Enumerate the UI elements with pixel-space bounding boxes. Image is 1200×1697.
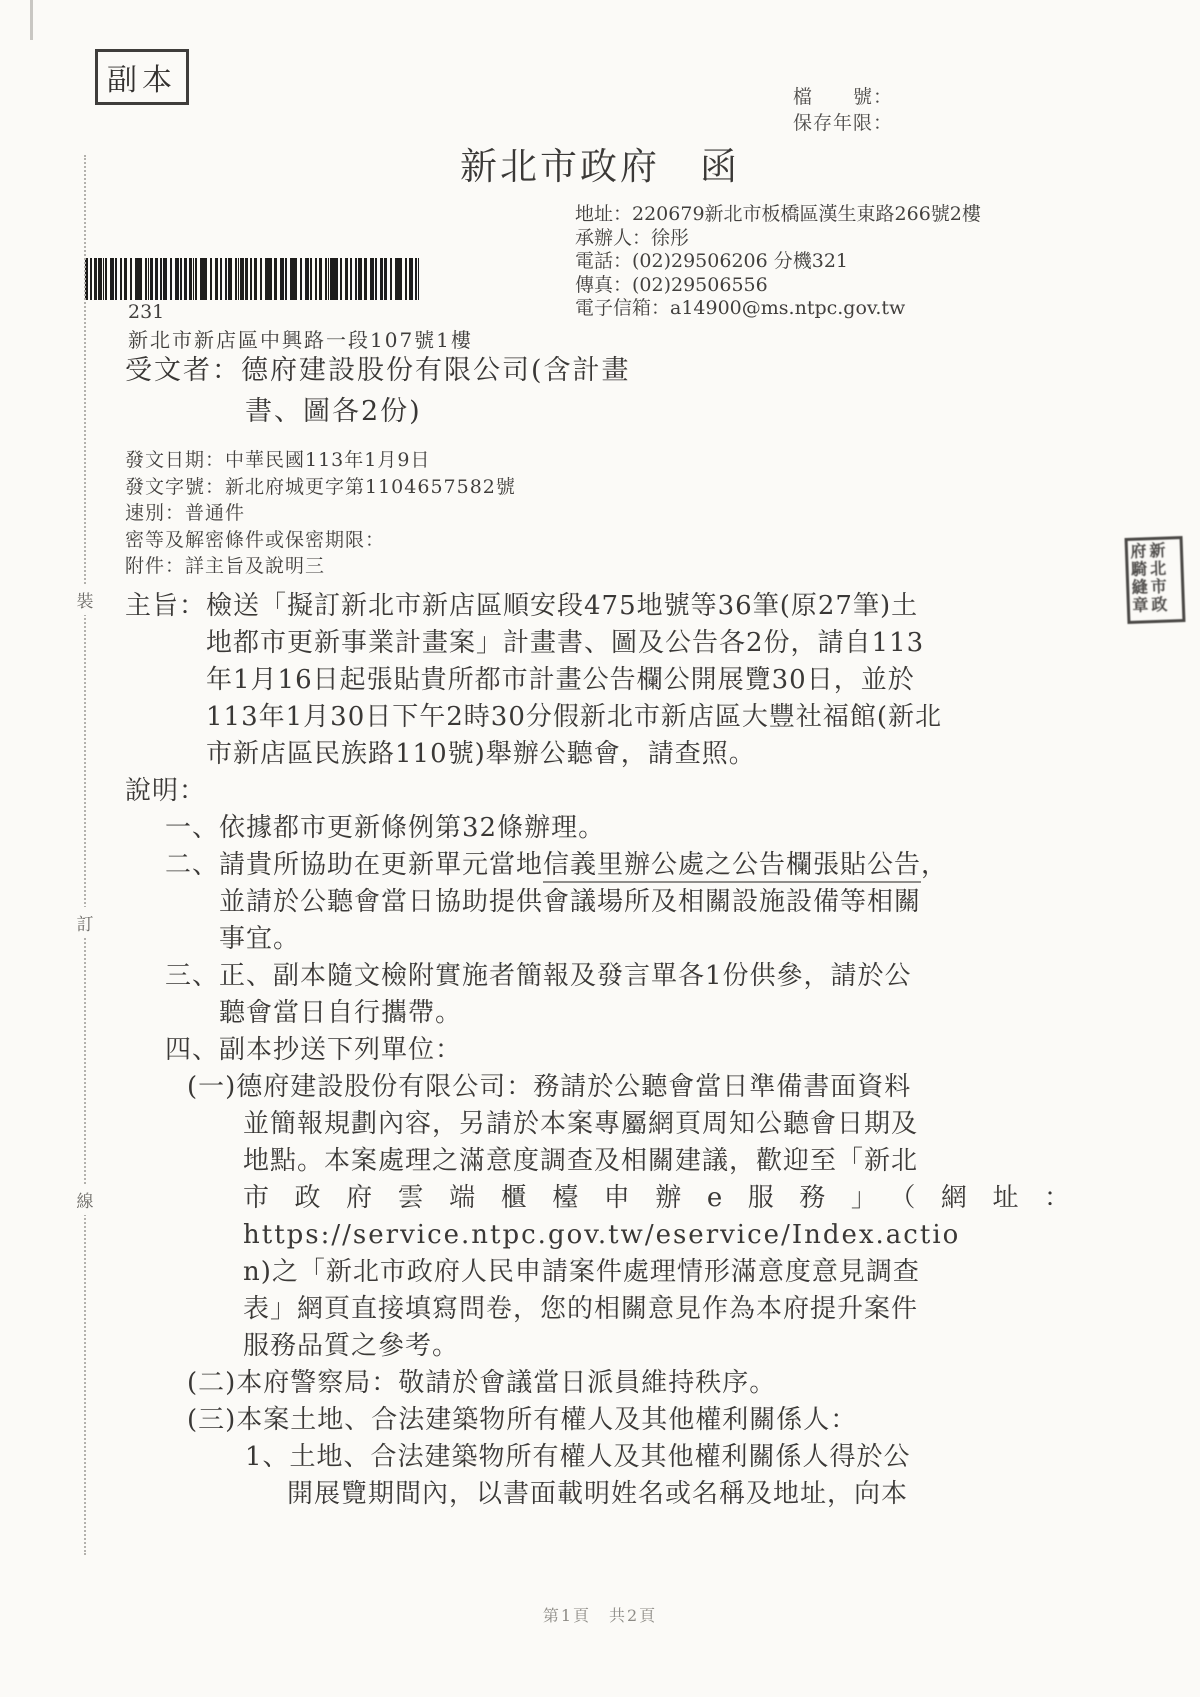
text-line: 聽會當日自行攜帶。 xyxy=(125,995,1077,1032)
subject-paragraph: 主旨：檢送「擬訂新北市新店區順安段475地號等36筆(原27筆)土地都市更新事業… xyxy=(125,588,1077,773)
sender-email: 電子信箱：a14900@ms.ntpc.gov.tw xyxy=(575,297,981,321)
text-line: n)之「新北市政府人民申請案件處理情形滿意度意見調查 xyxy=(125,1254,1077,1291)
barcode xyxy=(85,258,419,300)
delivery-speed: 速別：普通件 xyxy=(125,500,516,527)
sub-item-3-point-1: 1、土地、合法建築物所有權人及其他權利關係人得於公開展覽期間內，以書面載明姓名或… xyxy=(125,1439,1077,1513)
text-line: 二、請貴所協助在更新單元當地信義里辦公處之公告欄張貼公告， xyxy=(125,847,1077,884)
sender-info-block: 地址：220679新北市板橋區漢生東路266號2樓 承辦人：徐彤 電話：(02)… xyxy=(575,203,981,321)
retention-period-label: 保存年限： xyxy=(793,110,893,136)
paging-seal-text: 新北市政府騎縫章 xyxy=(1128,540,1169,623)
issue-date: 發文日期：中華民國113年1月9日 xyxy=(125,447,516,474)
recipient-street-address: 新北市新店區中興路一段107號1樓 xyxy=(128,324,473,353)
text-line: 113年1月30日下午2時30分假新北市新店區大豐社福館(新北 xyxy=(125,699,1077,736)
attachment-note: 附件：詳主旨及說明三 xyxy=(125,553,516,580)
text-line: 並簡報規劃內容，另請於本案專屬網頁周知公聽會日期及 xyxy=(125,1106,1077,1143)
explanation-item-2: 二、請貴所協助在更新單元當地信義里辦公處之公告欄張貼公告，並請於公聽會當日協助提… xyxy=(125,847,1077,958)
copy-recipient-sub-item-1: (一)德府建設股份有限公司：務請於公聽會當日準備書面資料並簡報規劃內容，另請於本… xyxy=(125,1069,1077,1365)
document-number: 發文字號：新北府城更字第1104657582號 xyxy=(125,474,516,501)
text-line: 書、圖各2份) xyxy=(125,391,631,432)
binding-mark-xian: 線 xyxy=(70,1184,100,1215)
sender-contact-person: 承辦人：徐彤 xyxy=(575,227,981,251)
scanned-document-page: 副本 檔 號： 保存年限： 新北市政府 函 地址：220679新北市板橋區漢生東… xyxy=(0,0,1200,1697)
explanation-heading: 說明： xyxy=(125,773,1077,810)
text-line: 年1月16日起張貼貴所都市計畫公告欄公開展覽30日，並於 xyxy=(125,662,1077,699)
text-line: (三)本案土地、合法建築物所有權人及其他權利關係人： xyxy=(125,1402,1077,1439)
text-line: 四、副本抄送下列單位： xyxy=(125,1032,1077,1069)
barcode-number: 231 xyxy=(128,301,164,323)
binding-dotted-line xyxy=(84,155,86,1555)
text-line: 市政府雲端櫃檯申辦e服務」（網址： xyxy=(125,1180,1077,1217)
letter-body: 主旨：檢送「擬訂新北市新店區順安段475地號等36筆(原27筆)土地都市更新事業… xyxy=(125,588,1077,1513)
text-line: 並請於公聽會當日協助提供會議場所及相關設施設備等相關 xyxy=(125,884,1077,921)
copy-recipient-sub-item-2: (二)本府警察局：敬請於會議當日派員維持秩序。 xyxy=(125,1365,1077,1402)
document-meta-block: 發文日期：中華民國113年1月9日 發文字號：新北府城更字第1104657582… xyxy=(125,447,516,580)
text-line: 地點。本案處理之滿意度調查及相關建議，歡迎至「新北 xyxy=(125,1143,1077,1180)
text-line: 服務品質之參考。 xyxy=(125,1328,1077,1365)
text-line: 三、正、副本隨文檢附實施者簡報及發言單各1份供參，請於公 xyxy=(125,958,1077,995)
text-line: 表」網頁直接填寫問卷，您的相關意見作為本府提升案件 xyxy=(125,1291,1077,1328)
text-line: https://service.ntpc.gov.tw/eservice/Ind… xyxy=(125,1217,1077,1254)
text-line: 地都市更新事業計畫案」計畫書、圖及公告各2份，請自113 xyxy=(125,625,1077,662)
copy-recipient-sub-item-3: (三)本案土地、合法建築物所有權人及其他權利關係人： xyxy=(125,1402,1077,1439)
binding-mark-ding: 訂 xyxy=(70,907,100,938)
sender-address: 地址：220679新北市板橋區漢生東路266號2樓 xyxy=(575,203,981,227)
copy-stamp-label: 副本 xyxy=(107,63,177,98)
explanation-item-4: 四、副本抄送下列單位： xyxy=(125,1032,1077,1069)
text-line: 1、土地、合法建築物所有權人及其他權利關係人得於公 xyxy=(125,1439,1077,1476)
text-line: (二)本府警察局：敬請於會議當日派員維持秩序。 xyxy=(125,1365,1077,1402)
text-line: 開展覽期間內，以書面載明姓名或名稱及地址，向本 xyxy=(125,1476,1077,1513)
binding-mark-zhuang: 裝 xyxy=(70,584,100,615)
text-line: 受文者：德府建設股份有限公司(含計畫 xyxy=(125,350,631,391)
recipient-block: 受文者：德府建設股份有限公司(含計畫書、圖各2份) xyxy=(125,350,631,432)
file-number-label: 檔 號： xyxy=(793,84,893,110)
copy-stamp-box: 副本 xyxy=(95,49,189,105)
text-line: 市新店區民族路110號)舉辦公聽會，請查照。 xyxy=(125,736,1077,773)
sender-phone: 電話：(02)29506206 分機321 xyxy=(575,250,981,274)
explanation-item-1: 一、依據都市更新條例第32條辦理。 xyxy=(125,810,1077,847)
document-title: 新北市政府 函 xyxy=(0,136,1200,190)
sender-fax: 傳真：(02)29506556 xyxy=(575,274,981,298)
filing-block: 檔 號： 保存年限： xyxy=(793,84,893,136)
page-number: 第1頁 共2頁 xyxy=(0,1603,1200,1626)
text-line: 主旨：檢送「擬訂新北市新店區順安段475地號等36筆(原27筆)土 xyxy=(125,588,1077,625)
explanation-item-3: 三、正、副本隨文檢附實施者簡報及發言單各1份供參，請於公聽會當日自行攜帶。 xyxy=(125,958,1077,1032)
text-line: 事宜。 xyxy=(125,921,1077,958)
text-line: 說明： xyxy=(125,773,1077,810)
text-line: 一、依據都市更新條例第32條辦理。 xyxy=(125,810,1077,847)
security-classification: 密等及解密條件或保密期限： xyxy=(125,527,516,554)
text-line: (一)德府建設股份有限公司：務請於公聽會當日準備書面資料 xyxy=(125,1069,1077,1106)
scan-edge-artifact xyxy=(30,0,33,40)
paging-seal: 新北市政府騎縫章 xyxy=(1125,536,1186,624)
